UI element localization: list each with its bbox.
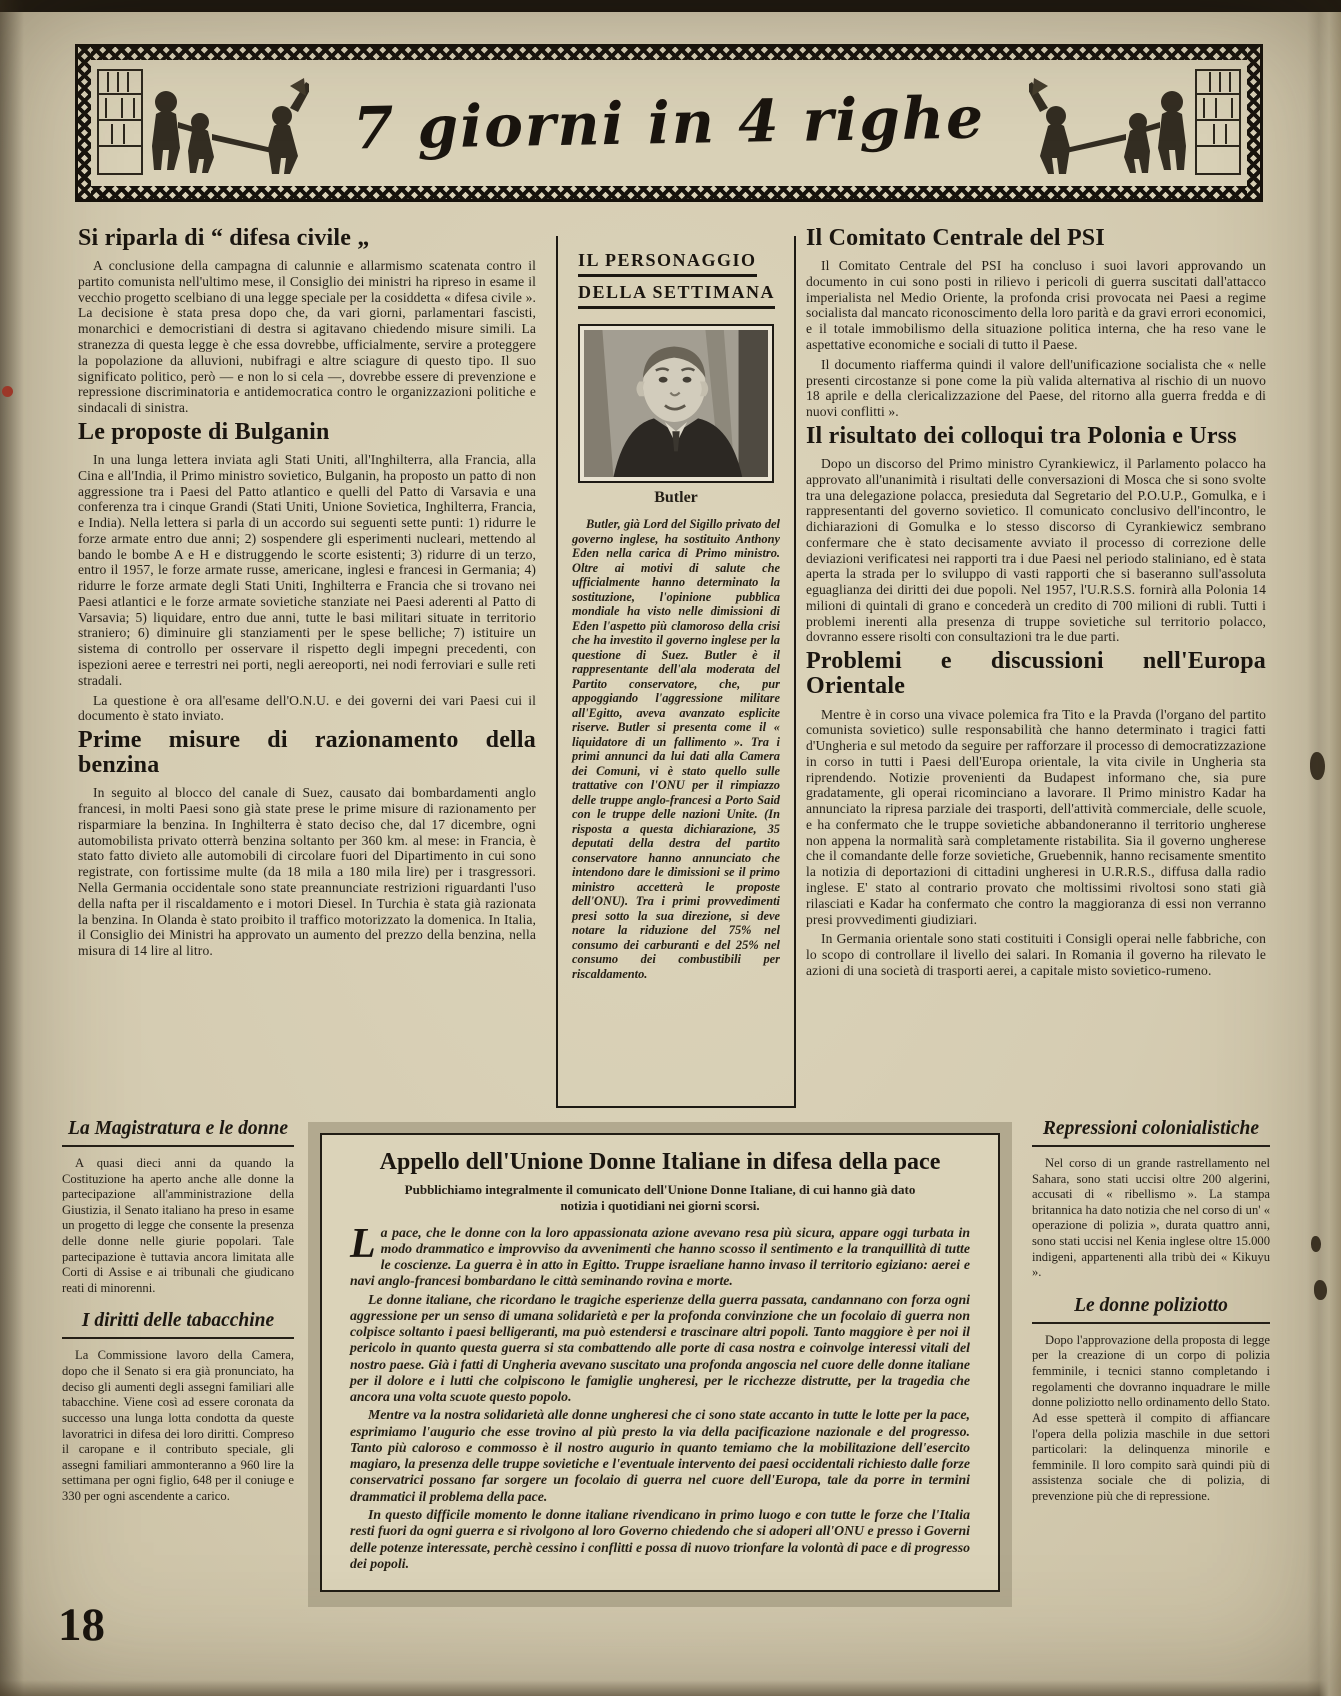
article-body: Nel corso di un grande rastrellamento ne… bbox=[1032, 1156, 1270, 1281]
article-psi: Il Comitato Centrale del PSI Il Comitato… bbox=[806, 226, 1266, 420]
page-number: 18 bbox=[58, 1598, 105, 1652]
bottom-column-right: Repressioni colonialistiche Nel corso di… bbox=[1032, 1118, 1270, 1519]
bottom-column-left: La Magistratura e le donne A quasi dieci… bbox=[62, 1118, 294, 1519]
article-title: Le proposte di Bulganin bbox=[78, 420, 536, 445]
article-title: Problemi e discussioni nell'Europa Orien… bbox=[806, 649, 1266, 699]
banner-illustration-left bbox=[94, 64, 309, 182]
appello-paragraph: In questo difficile momento le donne ita… bbox=[350, 1507, 970, 1572]
column-left: Si riparla di “ difesa civile „ A conclu… bbox=[78, 226, 536, 963]
personaggio-body: Butler, già Lord del Sigillo privato del… bbox=[572, 517, 780, 981]
column-right: Il Comitato Centrale del PSI Il Comitato… bbox=[806, 226, 1266, 983]
kicker-line: DELLA SETTIMANA bbox=[578, 282, 775, 309]
personaggio-box: IL PERSONAGGIO DELLA SETTIMANA bbox=[556, 236, 796, 1108]
article-title: La Magistratura e le donne bbox=[62, 1118, 294, 1147]
appello-paragraph: La pace, che le donne con la loro appass… bbox=[350, 1225, 970, 1290]
page-edge-bottom bbox=[0, 1680, 1341, 1696]
page-edge-left bbox=[0, 0, 24, 1696]
page-title: 7 giorni in 4 righe bbox=[352, 83, 985, 162]
article-body: In seguito al blocco del canale di Suez,… bbox=[78, 785, 536, 958]
magazine-page: 7 giorni in 4 righe bbox=[0, 0, 1341, 1696]
article-title: I diritti delle tabacchine bbox=[62, 1310, 294, 1339]
article-body: Mentre è in corso una vivace polemica fr… bbox=[806, 707, 1266, 928]
article-body: La questione è ora all'esame dell'O.N.U.… bbox=[78, 693, 536, 725]
article-tabacchine: I diritti delle tabacchine La Commission… bbox=[62, 1310, 294, 1504]
personaggio-kicker: IL PERSONAGGIO DELLA SETTIMANA bbox=[578, 250, 780, 314]
butler-portrait-illustration bbox=[584, 330, 768, 477]
header-banner: 7 giorni in 4 righe bbox=[75, 44, 1263, 202]
butler-photo bbox=[578, 324, 774, 483]
article-title: Prime misure di razionamento della benzi… bbox=[78, 728, 536, 778]
article-title: Le donne poliziotto bbox=[1032, 1295, 1270, 1324]
article-body: A quasi dieci anni da quando la Costituz… bbox=[62, 1156, 294, 1296]
article-magistratura: La Magistratura e le donne A quasi dieci… bbox=[62, 1118, 294, 1296]
banner-illustration-right bbox=[1029, 64, 1244, 182]
article-bulganin: Le proposte di Bulganin In una lunga let… bbox=[78, 420, 536, 724]
article-benzina: Prime misure di razionamento della benzi… bbox=[78, 728, 536, 959]
kicker-line: IL PERSONAGGIO bbox=[578, 250, 757, 277]
banner-border-pattern bbox=[78, 47, 91, 199]
appello-paragraph: Mentre va la nostra solidarietà alle don… bbox=[350, 1407, 970, 1505]
appello-title: Appello dell'Unione Donne Italiane in di… bbox=[350, 1149, 970, 1176]
photo-caption: Butler bbox=[572, 489, 780, 507]
article-title: Repressioni colonialistiche bbox=[1032, 1118, 1270, 1147]
article-body: Il documento riafferma quindi il valore … bbox=[806, 357, 1266, 420]
page-edge-right bbox=[1307, 12, 1341, 1696]
article-body: In una lunga lettera inviata agli Stati … bbox=[78, 452, 536, 688]
appello-intro: Pubblichiamo integralmente il comunicato… bbox=[400, 1182, 920, 1215]
article-body: La Commissione lavoro della Camera, dopo… bbox=[62, 1348, 294, 1504]
article-body: In Germania orientale sono stati costitu… bbox=[806, 931, 1266, 978]
article-donne-poliziotto: Le donne poliziotto Dopo l'approvazione … bbox=[1032, 1295, 1270, 1505]
article-difesa-civile: Si riparla di “ difesa civile „ A conclu… bbox=[78, 226, 536, 416]
appello-paragraph-text: a pace, che le donne con la loro appassi… bbox=[350, 1225, 970, 1289]
drop-cap: L bbox=[350, 1228, 376, 1262]
article-title: Il Comitato Centrale del PSI bbox=[806, 226, 1266, 251]
article-polonia-urss: Il risultato dei colloqui tra Polonia e … bbox=[806, 424, 1266, 645]
article-title: Si riparla di “ difesa civile „ bbox=[78, 226, 536, 251]
article-europa-orientale: Problemi e discussioni nell'Europa Orien… bbox=[806, 649, 1266, 978]
paper-tear-mark bbox=[1311, 1236, 1321, 1252]
article-repressioni: Repressioni colonialistiche Nel corso di… bbox=[1032, 1118, 1270, 1281]
appello-paragraph: Le donne italiane, che ricordano le trag… bbox=[350, 1292, 970, 1406]
article-body: Il Comitato Centrale del PSI ha concluso… bbox=[806, 258, 1266, 353]
red-ink-dot bbox=[2, 386, 13, 397]
article-body: Dopo l'approvazione della proposta di le… bbox=[1032, 1333, 1270, 1505]
paper-tear-mark bbox=[1310, 752, 1325, 780]
article-title: Il risultato dei colloqui tra Polonia e … bbox=[806, 424, 1266, 449]
article-body: Dopo un discorso del Primo ministro Cyra… bbox=[806, 456, 1266, 645]
banner-border-pattern bbox=[78, 47, 1260, 60]
appello-box-shadow: Appello dell'Unione Donne Italiane in di… bbox=[308, 1122, 1012, 1607]
banner-border-pattern bbox=[78, 186, 1260, 199]
article-body: A conclusione della campagna di calunnie… bbox=[78, 258, 536, 416]
banner-border-pattern bbox=[1247, 47, 1260, 199]
paper-tear-mark bbox=[1314, 1280, 1327, 1300]
appello-box: Appello dell'Unione Donne Italiane in di… bbox=[320, 1133, 1000, 1592]
page-edge-top bbox=[0, 0, 1341, 12]
